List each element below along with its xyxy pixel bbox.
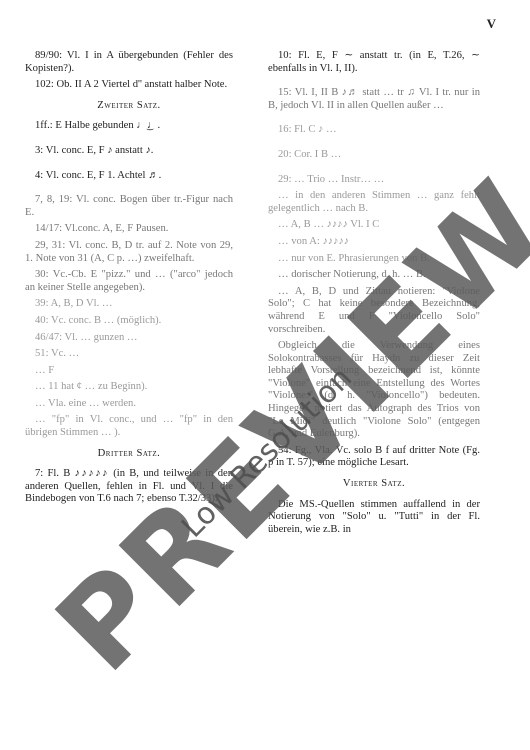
right-column: 10: Fl. E, F ∼ anstatt tr. (in E, T.26, … [268,50,480,540]
paragraph: 16: Fl. C ♪ … [268,124,480,137]
paragraph: 7, 8, 19: Vl. conc. Bogen über tr.-Figur… [25,194,233,219]
paragraph: 54: Fg., Vla. Vc. solo B f auf dritter N… [268,445,480,470]
section-heading-zweiter-satz: Zweiter Satz. [25,100,233,113]
paragraph: 14/17: Vl.conc. A, E, F Pausen. [25,223,233,236]
paragraph: … nur von E. Phrasierungen von B. [268,253,480,266]
paragraph: … F [25,365,233,378]
paragraph: … dorischer Notierung, d. h. … B. [268,269,480,282]
paragraph: 102: Ob. II A 2 Viertel d'' anstatt halb… [25,79,233,92]
paragraph: 20: Cor. I B … [268,149,480,162]
section-heading-dritter-satz: Dritter Satz. [25,448,233,461]
paragraph: 4: Vl. conc. E, F 1. Achtel ♬. [25,170,233,183]
paragraph: 30: Vc.-Cb. E "pizz." und … ("arco" jedo… [25,269,233,294]
paragraph: Obgleich die Verwendung eines Solokontra… [268,340,480,441]
paragraph: … in den anderen Stimmen … ganz fehlt ge… [268,190,480,215]
paragraph: … von A: ♪♪♪♪♪ [268,236,480,249]
paragraph: … Vla. eine … werden. [25,398,233,411]
paragraph: Die MS.-Quellen stimmen auffallend in de… [268,499,480,537]
section-heading-vierter-satz: Vierter Satz. [268,478,480,491]
paragraph: 89/90: Vl. I in A übergebunden (Fehler d… [25,50,233,75]
paragraph: 3: Vl. conc. E, F ♪ anstatt ♪. [25,145,233,158]
paragraph: … 11 hat ¢ … zu Beginn). [25,381,233,394]
paragraph: 15: Vl. I, II B ♪♬ statt … tr ♫ Vl. I tr… [268,87,480,112]
paragraph: 29: … Trio … Instr… … [268,174,480,187]
paragraph: 51: Vc. … [25,348,233,361]
left-column: 89/90: Vl. I in A übergebunden (Fehler d… [25,50,233,510]
page-number: V [487,16,496,32]
paragraph: … "fp" in Vl. conc., und … "fp" in den ü… [25,414,233,439]
paragraph: 46/47: Vl. … gunzen … [25,332,233,345]
paragraph: 40: Vc. conc. B … (möglich). [25,315,233,328]
paragraph: 29, 31: Vl. conc. B, D tr. auf 2. Note v… [25,240,233,265]
paragraph: 1ff.: E Halbe gebunden ♩͜♩. [25,120,233,133]
paragraph: 7: Fl. B ♪♪♪♪♪ (in B, und teilweise in d… [25,468,233,506]
paragraph: … A, B, D und Zittau notieren: "Violone … [268,286,480,336]
paragraph: … A, B … ♪♪♪♪ Vl. I C [268,219,480,232]
paragraph: 10: Fl. E, F ∼ anstatt tr. (in E, T.26, … [268,50,480,75]
paragraph: 39: A, B, D Vl. … [25,298,233,311]
